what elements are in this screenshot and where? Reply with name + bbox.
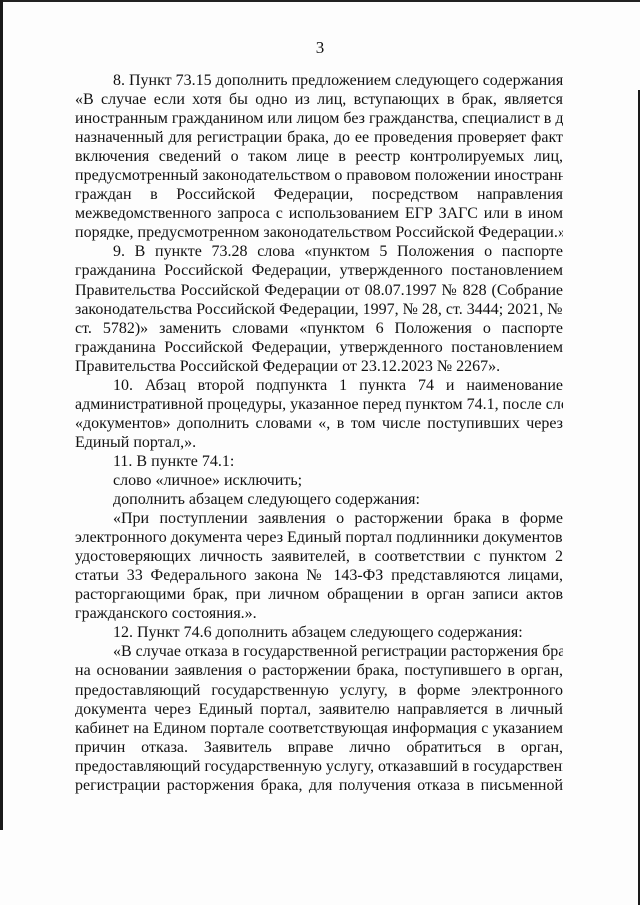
text-line: включения сведений о таком лице в реестр…	[75, 147, 563, 166]
text-line: гражданского состояния.».	[75, 604, 563, 623]
text-line: гражданина Российской Федерации, утвержд…	[75, 261, 563, 280]
text-line: предусмотренный законодательством о прав…	[75, 166, 563, 185]
text-line: граждан в Российской Федерации, посредст…	[75, 185, 563, 204]
text-line: иностранным гражданином или лицом без гр…	[75, 109, 563, 128]
scan-border-left	[0, 0, 3, 830]
paragraph-item-8: 8. Пункт 73.15 дополнить предложением сл…	[75, 71, 563, 242]
text-line: законодательства Российской Федерации, 1…	[75, 300, 563, 319]
document-body: 8. Пункт 73.15 дополнить предложением сл…	[75, 71, 563, 795]
text-line: предоставляющий государственную услугу, …	[75, 681, 563, 700]
text-line: 11. В пункте 74.1:	[75, 452, 563, 471]
text-line: Единый портал,».	[75, 433, 563, 452]
text-line: слово «личное» исключить;	[75, 471, 563, 490]
text-line: регистрации расторжения брака, для получ…	[75, 776, 563, 795]
page-number: 3	[0, 38, 640, 58]
text-line: «При поступлении заявления о расторжении…	[75, 509, 563, 528]
text-line: «документов» дополнить словами «, в том …	[75, 414, 563, 433]
text-line: на основании заявления о расторжении бра…	[75, 661, 563, 680]
text-line: статьи 33 Федерального закона № 143-ФЗ п…	[75, 566, 563, 585]
text-line: расторгающими брак, при личном обращении…	[75, 585, 563, 604]
text-line: гражданина Российской Федерации, утвержд…	[75, 338, 563, 357]
text-line: межведомственного запроса с использовани…	[75, 204, 563, 223]
text-line: 12. Пункт 74.6 дополнить абзацем следующ…	[75, 623, 563, 642]
text-line: удостоверяющих личность заявителей, в со…	[75, 547, 563, 566]
text-line: документа через Единый портал, заявителю…	[75, 700, 563, 719]
text-line: Правительства Российской Федерации от 08…	[75, 281, 563, 300]
text-line: «В случае отказа в государственной регис…	[75, 642, 563, 661]
text-line: 8. Пункт 73.15 дополнить предложением сл…	[75, 71, 563, 90]
paragraph-item-11c: «При поступлении заявления о расторжении…	[75, 509, 563, 623]
paragraph-item-12a: «В случае отказа в государственной регис…	[75, 642, 563, 794]
paragraph-item-11: 11. В пункте 74.1:	[75, 452, 563, 471]
text-line: электронного документа через Единый порт…	[75, 528, 563, 547]
scan-border-top	[0, 0, 640, 2]
text-line: 10. Абзац второй подпункта 1 пункта 74 и…	[75, 376, 563, 395]
text-line: ст. 5782)» заменить словами «пунктом 6 П…	[75, 319, 563, 338]
paragraph-item-9: 9. В пункте 73.28 слова «пунктом 5 Полож…	[75, 242, 563, 375]
text-line: порядке, предусмотренном законодательств…	[75, 223, 563, 242]
text-line: 9. В пункте 73.28 слова «пунктом 5 Полож…	[75, 242, 563, 261]
text-line: причин отказа. Заявитель вправе лично об…	[75, 738, 563, 757]
text-line: предоставляющий государственную услугу, …	[75, 757, 563, 776]
text-line: назначенный для регистрации брака, до ее…	[75, 128, 563, 147]
paragraph-item-11b: дополнить абзацем следующего содержания:	[75, 490, 563, 509]
text-line: административной процедуры, указанное пе…	[75, 395, 563, 414]
text-line: «В случае если хотя бы одно из лиц, всту…	[75, 90, 563, 109]
text-line: кабинет на Едином портале соответствующа…	[75, 719, 563, 738]
paragraph-item-12: 12. Пункт 74.6 дополнить абзацем следующ…	[75, 623, 563, 642]
paragraph-item-11a: слово «личное» исключить;	[75, 471, 563, 490]
text-line: Правительства Российской Федерации от 23…	[75, 357, 563, 376]
text-line: дополнить абзацем следующего содержания:	[75, 490, 563, 509]
paragraph-item-10: 10. Абзац второй подпункта 1 пункта 74 и…	[75, 376, 563, 452]
